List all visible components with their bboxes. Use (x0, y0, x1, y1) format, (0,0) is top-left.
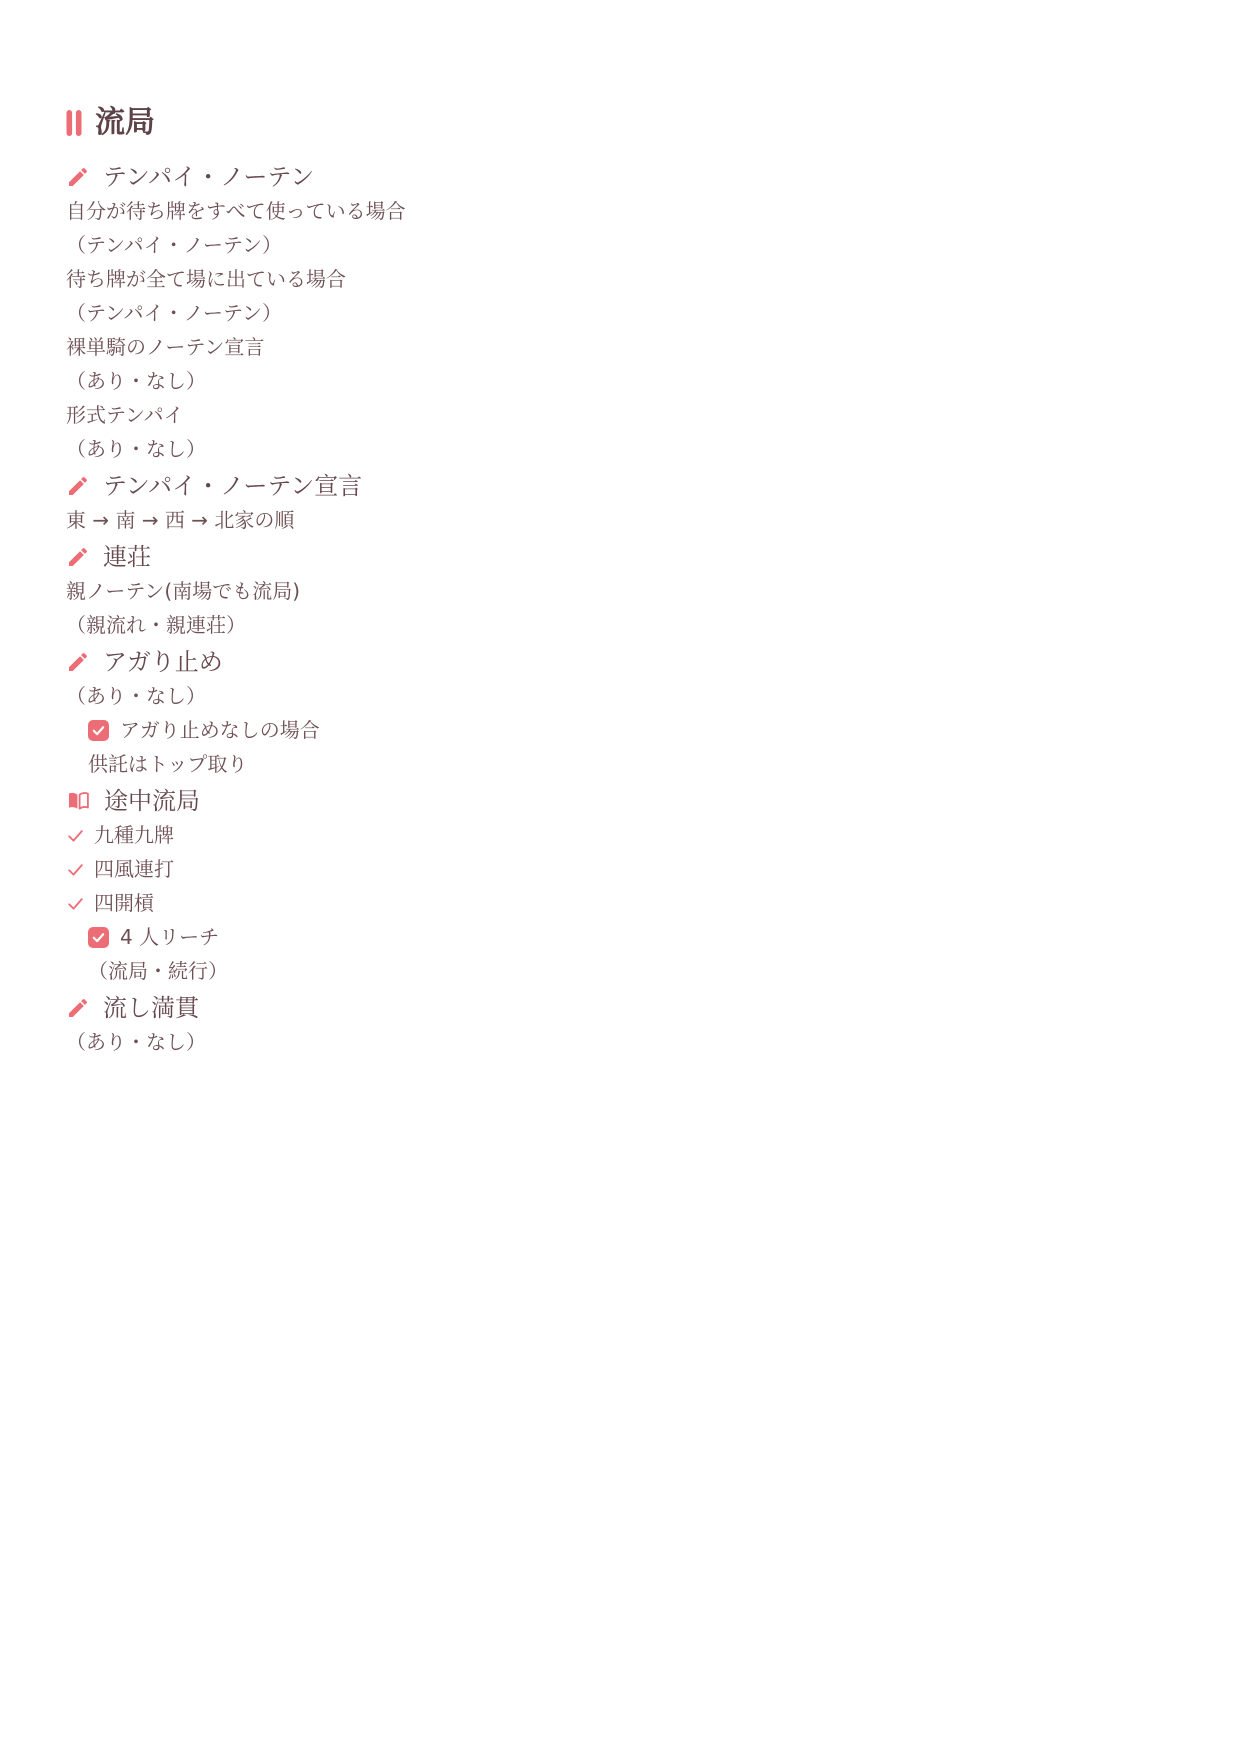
rule-text-row: （あり・なし） (66, 438, 686, 460)
check-item-label: 四開槓 (94, 892, 154, 914)
rule-text: （テンパイ・ノーテン） (66, 234, 282, 256)
rule-text-row: 東 → 南 → 西 → 北家の順 (66, 509, 686, 531)
rule-text: 自分が待ち牌をすべて使っている場合 (66, 200, 406, 222)
section-heading-row: アガり止め (66, 649, 686, 675)
rule-text-row: （あり・なし） (66, 1031, 686, 1053)
section-heading: 流し満貫 (103, 995, 199, 1021)
rule-text-row: （あり・なし） (66, 370, 686, 392)
check-item-row: 九種九牌 (66, 824, 686, 846)
section-heading: アガり止め (103, 649, 223, 675)
checkmark-icon (66, 826, 85, 845)
check-item-label: 四風連打 (94, 858, 174, 880)
section-heading-row: 連荘 (66, 544, 686, 570)
document-page: { "page": { "title": "流局", "accent_color… (0, 0, 1241, 1754)
rule-text: 裸単騎のノーテン宣言 (66, 336, 264, 358)
section-heading-row: 途中流局 (66, 788, 686, 814)
rule-text: （流局・続行） (88, 960, 228, 982)
rule-text-row: 待ち牌が全て場に出ている場合 (66, 268, 686, 290)
rule-text: （親流れ・親連荘） (66, 614, 246, 636)
checkmark-icon (66, 894, 85, 913)
rule-text-row: （親流れ・親連荘） (66, 614, 686, 636)
rule-text: 形式テンパイ (66, 404, 184, 426)
pencil-icon (66, 474, 90, 498)
checkbox-item-row: 4 人リーチ (88, 926, 686, 948)
rule-text-row: （あり・なし） (66, 685, 686, 707)
rule-text: （あり・なし） (66, 370, 206, 392)
section-heading-row: 流し満貫 (66, 995, 686, 1021)
pencil-icon (66, 545, 90, 569)
checkbox-checked[interactable] (88, 720, 109, 741)
section-heading: テンパイ・ノーテン (103, 164, 314, 190)
book-icon (66, 789, 91, 813)
section-heading: テンパイ・ノーテン宣言 (103, 473, 362, 499)
rules-document-content: 流局テンパイ・ノーテン自分が待ち牌をすべて使っている場合（テンパイ・ノーテン）待… (66, 106, 686, 1065)
rule-text: （あり・なし） (66, 685, 206, 707)
rule-text-row: 形式テンパイ (66, 404, 686, 426)
page-title-row: 流局 (66, 106, 686, 140)
rule-text-row: 親ノーテン(南場でも流局) (66, 580, 686, 602)
rule-text-row: （テンパイ・ノーテン） (66, 234, 686, 256)
pencil-icon (66, 996, 90, 1020)
rule-text-row: 供託はトップ取り (88, 753, 686, 775)
rule-text: 供託はトップ取り (88, 753, 247, 775)
checkbox-checked[interactable] (88, 927, 109, 948)
rule-text-row: （テンパイ・ノーテン） (66, 302, 686, 324)
section-heading: 連荘 (103, 544, 151, 570)
rule-text: （あり・なし） (66, 438, 206, 460)
rule-text-row: 自分が待ち牌をすべて使っている場合 (66, 200, 686, 222)
rule-text: （あり・なし） (66, 1031, 206, 1053)
section-heading-row: テンパイ・ノーテン (66, 164, 686, 190)
rule-text-row: （流局・続行） (88, 960, 686, 982)
section-heading: 途中流局 (104, 788, 200, 814)
pencil-icon (66, 165, 90, 189)
rule-text: 待ち牌が全て場に出ている場合 (66, 268, 346, 290)
rule-text: （テンパイ・ノーテン） (66, 302, 282, 324)
section-bars-icon (66, 109, 82, 137)
checkbox-label: アガり止めなしの場合 (120, 719, 320, 741)
checkmark-icon (66, 860, 85, 879)
rule-text: 東 → 南 → 西 → 北家の順 (66, 509, 294, 531)
rule-text-row: 裸単騎のノーテン宣言 (66, 336, 686, 358)
check-item-row: 四風連打 (66, 858, 686, 880)
checkbox-item-row: アガり止めなしの場合 (88, 719, 686, 741)
check-item-row: 四開槓 (66, 892, 686, 914)
checkbox-label: 4 人リーチ (120, 926, 219, 948)
pencil-icon (66, 650, 90, 674)
check-item-label: 九種九牌 (94, 824, 174, 846)
rule-text: 親ノーテン(南場でも流局) (66, 580, 300, 602)
section-heading-row: テンパイ・ノーテン宣言 (66, 473, 686, 499)
page-title: 流局 (95, 106, 155, 140)
